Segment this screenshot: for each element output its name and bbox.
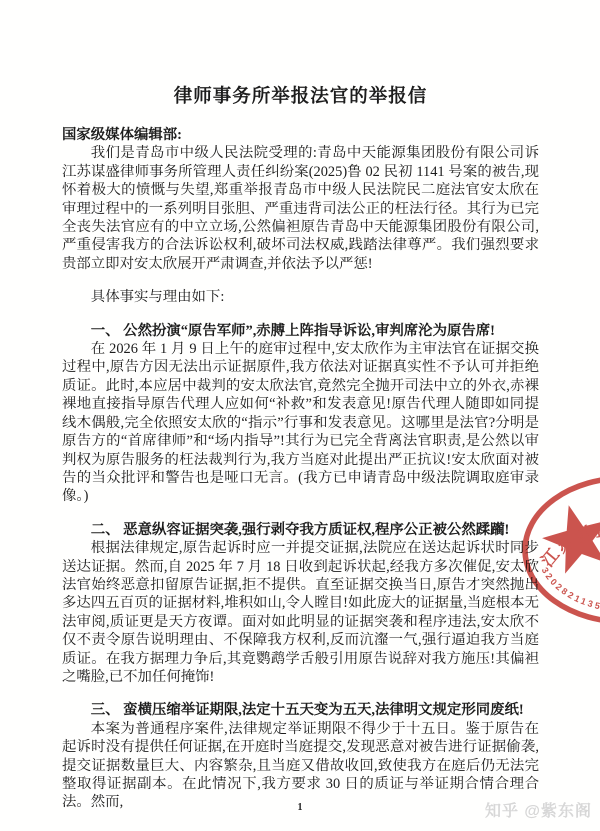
section-2-body: 根据法律规定,原告起诉时应一并提交证据,法院应在送达起诉状时同步送达证据。然而,… xyxy=(62,539,539,686)
letter-content: 律师事务所举报法官的举报信 国家级媒体编辑部: 我们是青岛市中级人民法院受理的:… xyxy=(62,0,539,812)
svg-text:江苏谋盛律师事务所: 江苏谋盛律师事务所 xyxy=(538,517,600,570)
section-3-heading: 三、 蛮横压缩举证期限,法定十五天变为五天,法律明文规定形同废纸! xyxy=(62,701,539,719)
section-1-body: 在 2026 年 1 月 9 日上午的庭审过程中,安太欣作为主审法官在证据交换过… xyxy=(62,340,539,506)
subject-line: 具体事实与理由如下: xyxy=(62,288,539,306)
watermark-text: 知乎 @紫东阁 xyxy=(485,798,592,821)
section-3-body: 本案为普通程序案件,法律规定举证期限不得少于十五日。鉴于原告在起诉时没有提供任何… xyxy=(62,720,539,812)
addressee-line: 国家级媒体编辑部: xyxy=(62,126,539,144)
section-1-heading: 一、 公然扮演“原告军师”,赤膊上阵指导诉讼,审判席沦为原告席! xyxy=(62,322,539,340)
document-page: 律师事务所举报法官的举报信 国家级媒体编辑部: 我们是青岛市中级人民法院受理的:… xyxy=(0,0,600,831)
seal-number-text: 3202821135 xyxy=(540,566,600,612)
seal-arc-text: 江苏谋盛律师事务所 xyxy=(538,517,600,570)
seal-star-icon xyxy=(542,505,600,573)
svg-text:3202821135: 3202821135 xyxy=(540,566,600,612)
section-2-heading: 二、 恶意纵容证据突袭,强行剥夺我方质证权,程序公正被公然蹂躏! xyxy=(62,521,539,539)
page-title: 律师事务所举报法官的举报信 xyxy=(62,86,539,108)
intro-paragraph: 我们是青岛市中级人民法院受理的:青岛中天能源集团股份有限公司诉江苏谋盛律师事务所… xyxy=(62,144,539,273)
